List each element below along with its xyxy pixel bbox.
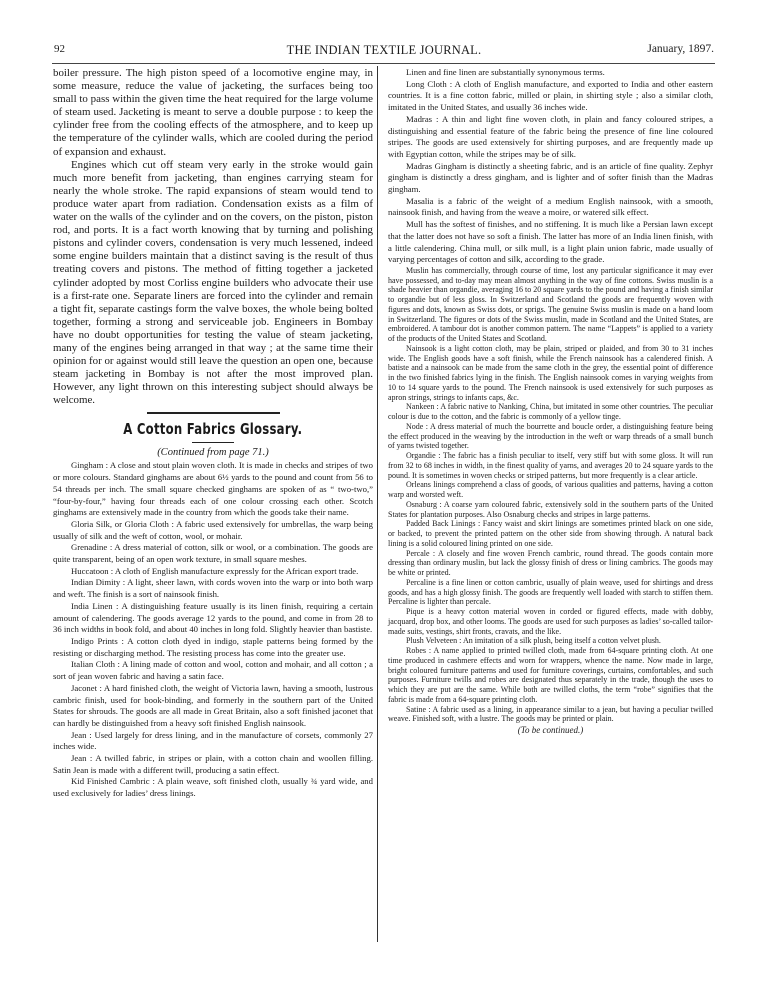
title-rule — [147, 412, 280, 414]
glossary-entry: Plush Velveteen : An imitation of a silk… — [388, 636, 713, 646]
glossary-entry: India Linen : A distinguishing feature u… — [53, 601, 373, 636]
glossary-entry: Padded Back Linings : Fancy waist and sk… — [388, 519, 713, 548]
paragraph: boiler pressure. The high piston speed o… — [53, 67, 373, 159]
glossary-entry: Satine : A fabric used as a lining, in a… — [388, 705, 713, 725]
glossary-entry: Nainsook is a light cotton cloth, may be… — [388, 344, 713, 403]
glossary-entry: Jean : A twilled fabric, in stripes or p… — [53, 753, 373, 776]
glossary-entry: Italian Cloth : A lining made of cotton … — [53, 659, 373, 682]
glossary-entry: Osnaburg : A coarse yarn coloured fabric… — [388, 500, 713, 520]
glossary-entry: Gingham : A close and stout plain woven … — [53, 460, 373, 519]
glossary-entry: Linen and fine linen are substantially s… — [388, 67, 713, 79]
journal-title: THE INDIAN TEXTILE JOURNAL. — [54, 43, 714, 58]
continued-note: (Continued from page 71.) — [53, 447, 373, 458]
glossary-entry: Jean : Used largely for dress lining, an… — [53, 730, 373, 753]
issue-date: January, 1897. — [647, 43, 714, 55]
glossary-entry: Node : A dress material of much the bour… — [388, 422, 713, 451]
glossary-entry: Madras Gingham is distinctly a sheeting … — [388, 161, 713, 196]
article-heading: A Cotton Fabrics Glossary. (Continued fr… — [53, 412, 373, 458]
glossary-entry: Orleans linings comprehend a class of go… — [388, 480, 713, 500]
glossary-entry: Kid Finished Cambric : A plain weave, so… — [53, 776, 373, 799]
glossary-entry: Indigo Prints : A cotton cloth dyed in i… — [53, 636, 373, 659]
paragraph: Engines which cut off steam very early i… — [53, 159, 373, 408]
glossary-entry: Gloria Silk, or Gloria Cloth : A fabric … — [53, 519, 373, 542]
journal-page: 92 THE INDIAN TEXTILE JOURNAL. January, … — [0, 0, 764, 990]
to-be-continued-note: (To be continued.) — [388, 726, 713, 736]
glossary-entry: Madras : A thin and light fine woven clo… — [388, 114, 713, 161]
glossary-entry: Long Cloth : A cloth of English manufact… — [388, 79, 713, 114]
page-header: 92 THE INDIAN TEXTILE JOURNAL. January, … — [54, 43, 714, 59]
glossary-entry: Organdie : The fabric has a finish pecul… — [388, 451, 713, 480]
glossary-entry: Indian Dimity : A light, sheer lawn, wit… — [53, 577, 373, 600]
glossary-entry: Pique is a heavy cotton material woven i… — [388, 607, 713, 636]
glossary-entry: Nankeen : A fabric native to Nanking, Ch… — [388, 402, 713, 422]
glossary-entry: Grenadine : A dress material of cotton, … — [53, 542, 373, 565]
article-title: A Cotton Fabrics Glossary. — [123, 420, 302, 438]
title-underline — [192, 442, 234, 443]
glossary-entry: Masalia is a fabric of the weight of a m… — [388, 196, 713, 219]
glossary-entry: Mull has the softest of finishes, and no… — [388, 219, 713, 266]
glossary-entry: Jaconet : A hard finished cloth, the wei… — [53, 683, 373, 730]
glossary-entry: Percaline is a fine linen or cotton camb… — [388, 578, 713, 607]
header-rule — [52, 63, 715, 64]
glossary-entries-left: Gingham : A close and stout plain woven … — [53, 460, 373, 799]
glossary-entry: Huccatoon : A cloth of English manufactu… — [53, 566, 373, 578]
glossary-entries-right-large: Linen and fine linen are substantially s… — [388, 67, 713, 266]
column-divider — [377, 66, 378, 942]
glossary-entry: Robes : A name applied to printed twille… — [388, 646, 713, 705]
glossary-entry: Muslin has commercially, through course … — [388, 266, 713, 344]
right-column: Linen and fine linen are substantially s… — [388, 67, 713, 736]
left-column: boiler pressure. The high piston speed o… — [53, 67, 373, 800]
glossary-entries-right-small: Muslin has commercially, through course … — [388, 266, 713, 736]
glossary-entry: Percale : A closely and fine woven Frenc… — [388, 549, 713, 578]
